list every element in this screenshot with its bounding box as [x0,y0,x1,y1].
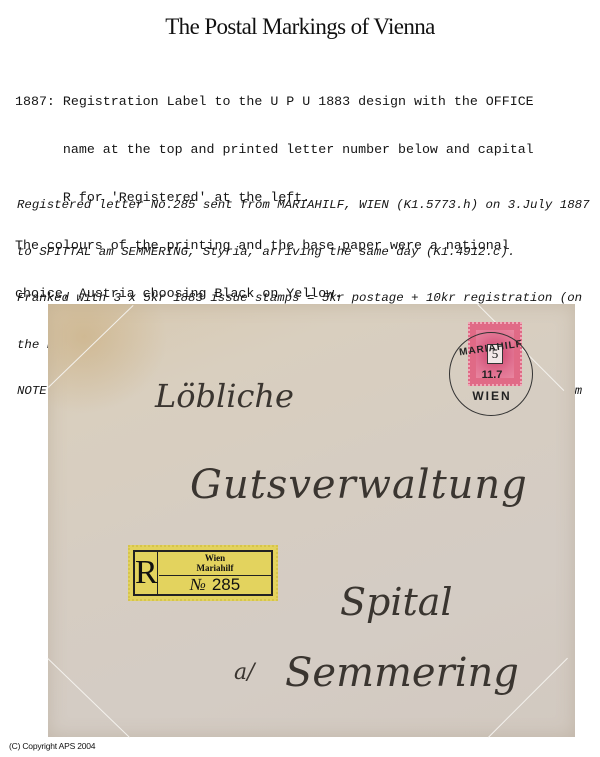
address-line-2: Gutsverwaltung [190,462,528,508]
registration-label-frame: R Wien Mariahilf №285 [133,550,273,596]
registration-label: R Wien Mariahilf №285 [128,545,278,601]
postmark-city: WIEN [470,389,514,403]
intro-line: name at the top and printed letter numbe… [15,142,534,158]
address-line-4-prefix: a/ [234,660,255,685]
address-line-3: Spital [340,580,453,624]
postmark-date: 11.7 [472,369,512,381]
copyright-text: (C) Copyright APS 2004 [9,741,95,751]
details-line: Registered letter No.285 sent from MARIA… [17,198,590,214]
envelope-stain [48,304,168,414]
registration-number-value: 285 [212,575,240,594]
details-line: to SPITTAL am SEMMERING, Styria, arrivin… [17,245,590,261]
page-title: The Postal Markings of Vienna [0,14,600,40]
registration-letter: R [135,552,158,594]
postmark-office: MARIAHILF [458,338,525,358]
mount-corner-bottom-left [47,658,130,738]
office-line-2: Mariahilf [159,563,271,573]
address-line-1: Löbliche [155,377,294,415]
address-line-4: Semmering [285,650,519,696]
postmark-circle: MARIAHILF 11.7 WIEN [449,332,533,416]
intro-line: 1887: Registration Label to the U P U 18… [15,94,534,110]
registration-office: Wien Mariahilf [159,552,271,576]
office-line-1: Wien [159,553,271,563]
numero-sign: № [190,575,206,594]
registration-number: №285 [159,575,271,594]
